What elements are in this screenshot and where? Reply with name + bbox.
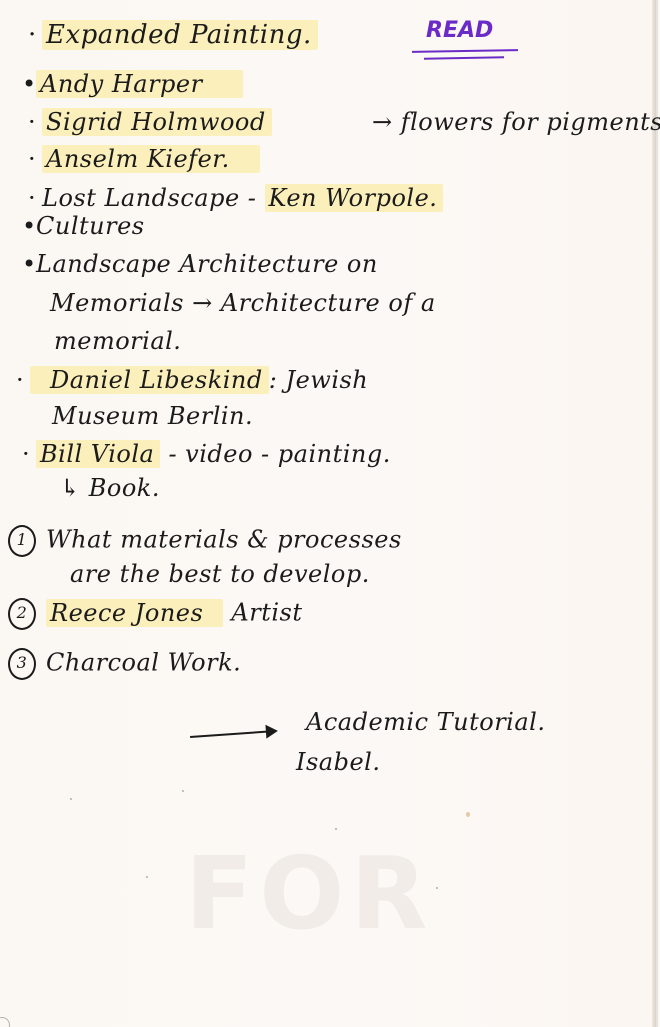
note-text: What materials & processes: [46, 526, 402, 554]
note-bullet-1: •Andy Harper: [22, 70, 243, 98]
note-text: Museum Berlin.: [52, 402, 253, 430]
note-bullet-2: ·Sigrid Holmwood: [28, 108, 272, 136]
note-text: memorial.: [54, 327, 181, 355]
paper-speck: [182, 790, 184, 792]
note-text: Cultures: [36, 212, 145, 240]
bullet: ·: [28, 145, 42, 173]
bullet: ·: [28, 184, 42, 212]
book-title: Lost Landscape -: [42, 184, 265, 212]
paper-speck: [70, 798, 72, 800]
artist-name: Sigrid Holmwood: [42, 108, 272, 136]
arrow-icon: [190, 730, 276, 738]
note-text: Charcoal Work.: [46, 649, 241, 677]
note-text: Memorials → Architecture of a: [50, 289, 436, 317]
paper-speck: [466, 812, 470, 817]
numbered-item-2: 2Reece Jones Artist: [8, 598, 303, 630]
note-title-line: ·Expanded Painting.: [28, 20, 318, 50]
paper-speck: [335, 828, 337, 830]
architect-name: Daniel Libeskind: [30, 366, 269, 394]
note-text: are the best to develop.: [70, 560, 370, 588]
note-text: Artist: [223, 599, 302, 627]
read-underline-2: [424, 56, 504, 59]
notebook-page: FOR ·Expanded Painting. READ •Andy Harpe…: [0, 0, 658, 1027]
page-corner: [0, 1017, 10, 1027]
numbered-item-1: 1What materials & processes: [8, 525, 402, 557]
footer-title: Academic Tutorial.: [306, 708, 545, 736]
note-annotation: → flowers for pigments.: [372, 108, 660, 136]
bullet: •: [22, 250, 36, 278]
artist-name: Bill Viola: [36, 440, 160, 468]
artist-name: Reece Jones: [46, 599, 223, 627]
paper-speck: [436, 887, 438, 889]
note-text: ↳ Book.: [60, 474, 160, 502]
numbered-item-3: 3Charcoal Work.: [8, 648, 241, 680]
bleed-through-text: FOR: [185, 835, 433, 952]
circled-number: 2: [8, 598, 36, 630]
note-bullet-3: ·Anselm Kiefer.: [28, 145, 260, 173]
footer-signature: Isabel.: [296, 748, 380, 776]
note-bullet-8: ·Bill Viola - video - painting.: [22, 440, 391, 468]
artist-name: Anselm Kiefer.: [42, 145, 260, 173]
bullet: ·: [28, 20, 42, 50]
artist-name: Andy Harper: [36, 70, 243, 98]
author-name: Ken Worpole.: [265, 184, 444, 212]
bullet: •: [22, 70, 36, 98]
note-annotation: - video - painting.: [160, 440, 391, 468]
bullet: ·: [16, 366, 30, 394]
read-underline: [412, 49, 518, 53]
bullet: ·: [22, 440, 36, 468]
page-edge: [652, 0, 656, 1027]
note-bullet-6: •Landscape Architecture on: [22, 250, 378, 278]
note-text: Landscape Architecture on: [36, 250, 378, 278]
read-tag: READ: [426, 18, 493, 43]
note-bullet-5: •Cultures: [22, 212, 145, 240]
paper-speck: [146, 876, 148, 878]
note-annotation: : Jewish: [269, 366, 369, 394]
circled-number: 3: [8, 648, 36, 680]
bullet: ·: [28, 108, 42, 136]
note-title: Expanded Painting.: [42, 20, 318, 50]
circled-number: 1: [8, 525, 36, 557]
note-bullet-7: ·Daniel Libeskind: Jewish: [16, 366, 368, 394]
bullet: •: [22, 212, 36, 240]
note-bullet-4: ·Lost Landscape - Ken Worpole.: [28, 184, 443, 212]
